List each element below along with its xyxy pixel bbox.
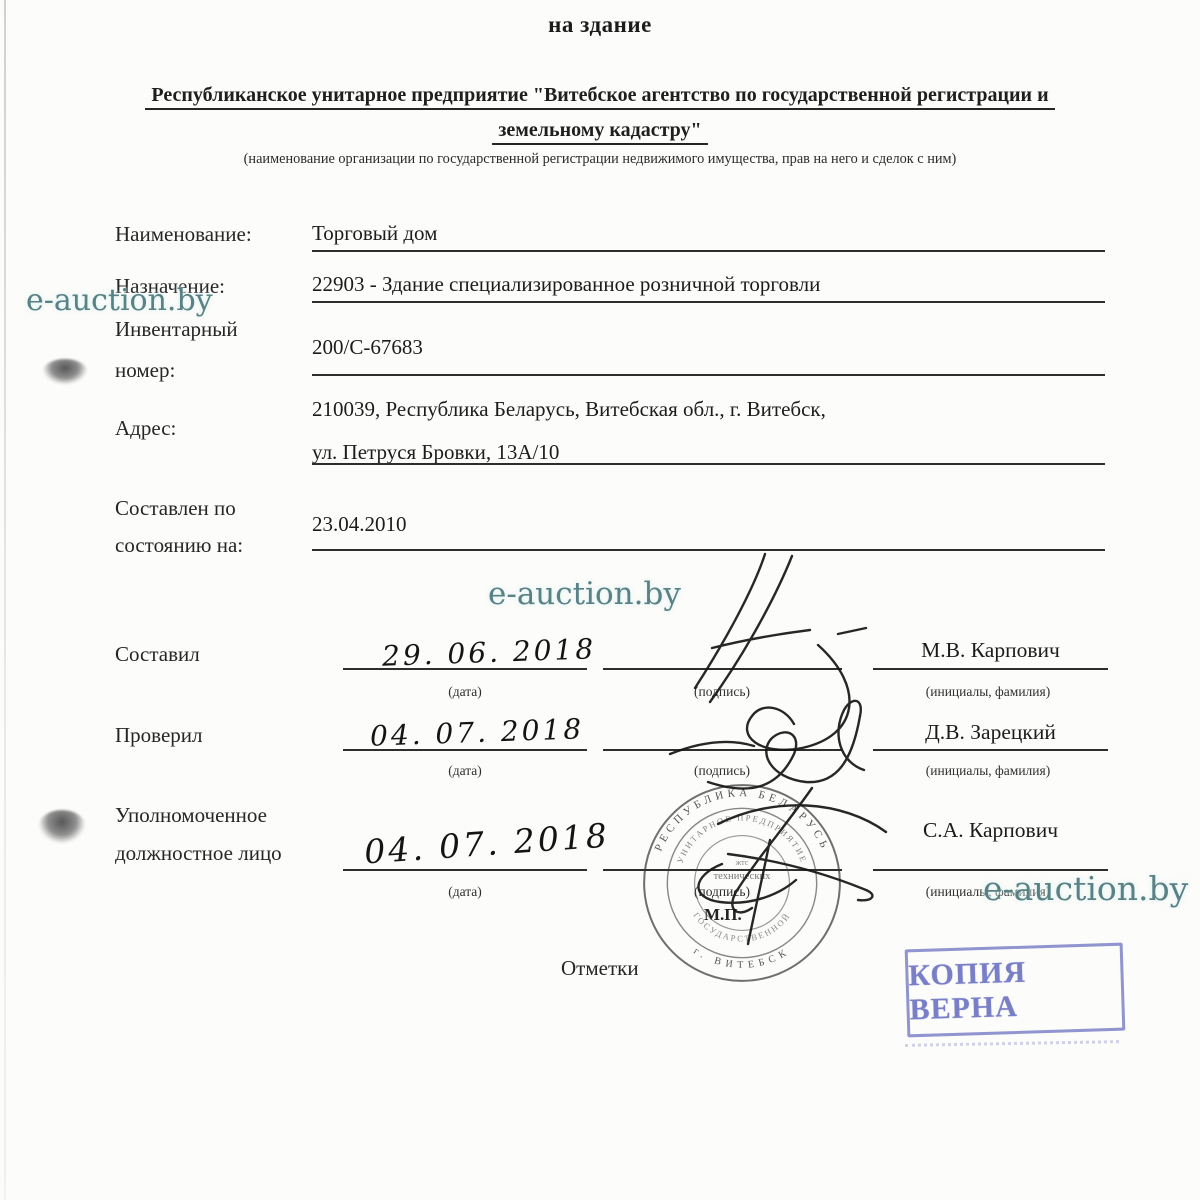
field-address-line — [312, 463, 1105, 465]
watermark-bottom-right: e-auction.by — [983, 869, 1188, 908]
field-purpose-value: 22903 - Здание специализированное рознич… — [312, 272, 820, 297]
signature-row2-date-line — [343, 749, 587, 751]
field-compiled-label-line2: состоянию на: — [115, 533, 243, 558]
field-purpose-line — [312, 301, 1105, 303]
field-inventory-line — [312, 374, 1105, 376]
signature-row3-date-caption: (дата) — [448, 884, 482, 900]
field-compiled-value: 23.04.2010 — [312, 512, 407, 537]
field-inventory-label-line2: номер: — [115, 358, 175, 383]
scanned-document-page: на здание Республиканское унитарное пред… — [0, 0, 1200, 1200]
field-name-line — [312, 250, 1105, 252]
field-name-label: Наименование: — [115, 222, 252, 247]
signature-row1-date-caption: (дата) — [448, 684, 482, 700]
copy-verna-stamp: КОПИЯ ВЕРНА — [905, 943, 1126, 1038]
hole-punch-bottom — [38, 810, 86, 844]
copy-verna-stamp-smudge — [905, 1040, 1119, 1047]
field-address-value-line2: ул. Петруся Бровки, 13А/10 — [312, 440, 559, 465]
field-name-value: Торговый дом — [312, 221, 437, 246]
field-inventory-label-line1: Инвентарный — [115, 317, 238, 342]
field-compiled-label-line1: Составлен по — [115, 496, 236, 521]
field-address-label: Адрес: — [115, 416, 176, 441]
organization-name-line1: Республиканское унитарное предприятие "В… — [0, 84, 1200, 107]
watermark-center: e-auction.by — [488, 576, 681, 612]
signature-row2-date-caption: (дата) — [448, 763, 482, 779]
scan-edge-line — [4, 0, 6, 1200]
signature-row3-role-line1: Уполномоченное — [115, 803, 267, 828]
hole-punch-top — [42, 359, 88, 385]
field-address-value-line1: 210039, Республика Беларусь, Витебская о… — [312, 397, 826, 422]
watermark-left: e-auction.by — [26, 283, 213, 318]
signature-row1-role: Составил — [115, 642, 200, 667]
signature-row2-role: Проверил — [115, 723, 203, 748]
organization-name-line2: земельному кадастру" — [0, 119, 1200, 142]
signature-row3-date-line — [343, 869, 587, 871]
document-title: на здание — [0, 12, 1200, 38]
signature-row3-role-line2: должностное лицо — [115, 841, 282, 866]
signature-row2-date-handwritten: 04. 07. 2018 — [369, 712, 584, 752]
field-inventory-value: 200/С-67683 — [312, 335, 423, 360]
organization-caption: (наименование организации по государстве… — [0, 151, 1200, 168]
signature-row1-date-line — [343, 668, 587, 670]
